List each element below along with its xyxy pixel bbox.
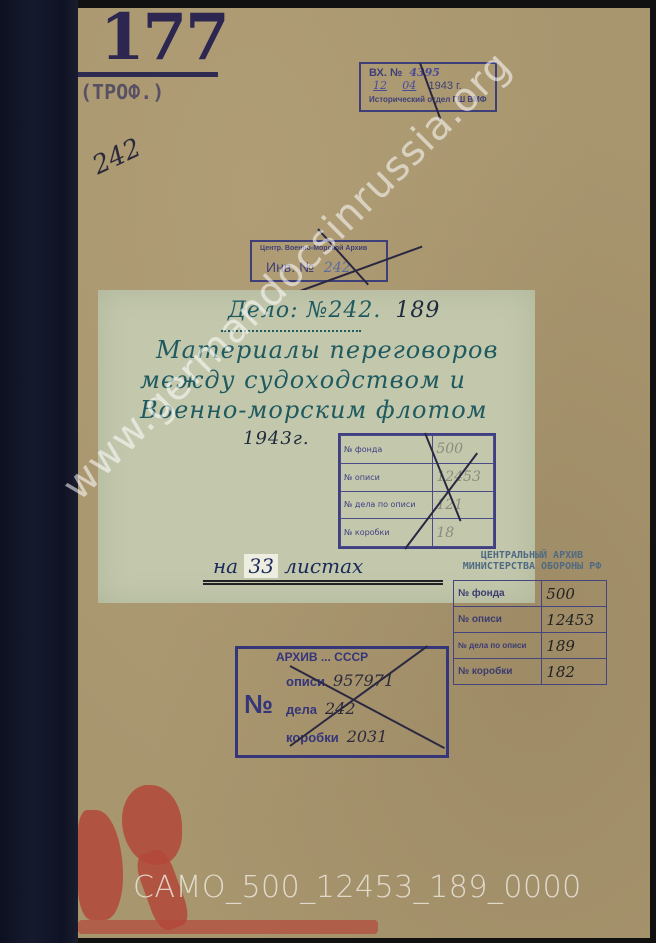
archive-stamp: АРХИВ ... СССР № описи957971 дела242 кор…	[235, 646, 449, 758]
grid-label: № дела по описи	[341, 491, 433, 519]
incoming-label: ВХ. №	[369, 67, 402, 79]
grid-row: № дела по описи121	[341, 491, 494, 519]
stamp-label: № описи	[454, 607, 542, 633]
ministry-stamp-header1: ЦЕНТРАЛЬНЫЙ АРХИВ	[447, 550, 617, 561]
archive-stamp-header: АРХИВ ... СССР	[276, 650, 368, 664]
grid-label: № описи	[341, 463, 433, 491]
stamp-row: № дела по описи189	[454, 633, 607, 659]
stamp-label: № дела по описи	[454, 633, 542, 659]
image-caption: CAMO_500_12453_189_0000	[133, 870, 582, 905]
stamp-value: 500	[542, 581, 607, 607]
grid-label: № фонда	[341, 436, 433, 464]
incoming-stamp-line1: ВХ. № 4395	[369, 66, 440, 79]
case-year: 1943г.	[243, 428, 310, 449]
grid-value: 18	[433, 519, 494, 547]
stamp-value: 189	[542, 633, 607, 659]
grid-row: № описи12453	[341, 463, 494, 491]
stamp-label: № фонда	[454, 581, 542, 607]
ministry-archive-stamp: ЦЕНТРАЛЬНЫЙ АРХИВ МИНИСТЕРСТВА ОБОРОНЫ Р…	[447, 550, 617, 708]
stamp-row: № фонда500	[454, 581, 607, 607]
archive-value: 957971	[333, 671, 394, 690]
case-number-value: 189	[395, 298, 440, 323]
cover-number-sub: (ТРОФ.)	[80, 80, 164, 104]
ministry-stamp-header2: МИНИСТЕРСТВА ОБОРОНЫ РФ	[447, 561, 617, 572]
archive-value: 2031	[347, 727, 388, 746]
grid-label: № коробки	[341, 519, 433, 547]
pages-count: 33	[244, 554, 277, 578]
stamp-value: 182	[542, 659, 607, 685]
archive-row: дела242	[286, 699, 356, 718]
stamp-value: 12453	[542, 607, 607, 633]
incoming-day: 12	[373, 79, 387, 92]
cover-number-rule	[78, 72, 218, 77]
incoming-month: 04	[402, 79, 416, 92]
number-sign: №	[244, 689, 273, 720]
stamp-label: № коробки	[454, 659, 542, 685]
pages-underline	[203, 580, 443, 582]
grid-value: 500	[433, 436, 494, 464]
pages-prefix: на	[213, 554, 238, 578]
grid-value: 121	[433, 491, 494, 519]
stamp-row: № коробки182	[454, 659, 607, 685]
red-stain	[78, 920, 378, 934]
page-count: на 33 листах	[213, 554, 363, 578]
archive-label: дела	[286, 702, 317, 717]
stamp-row: № описи12453	[454, 607, 607, 633]
cover-number: 177	[100, 6, 228, 70]
pages-suffix: листах	[284, 554, 363, 578]
